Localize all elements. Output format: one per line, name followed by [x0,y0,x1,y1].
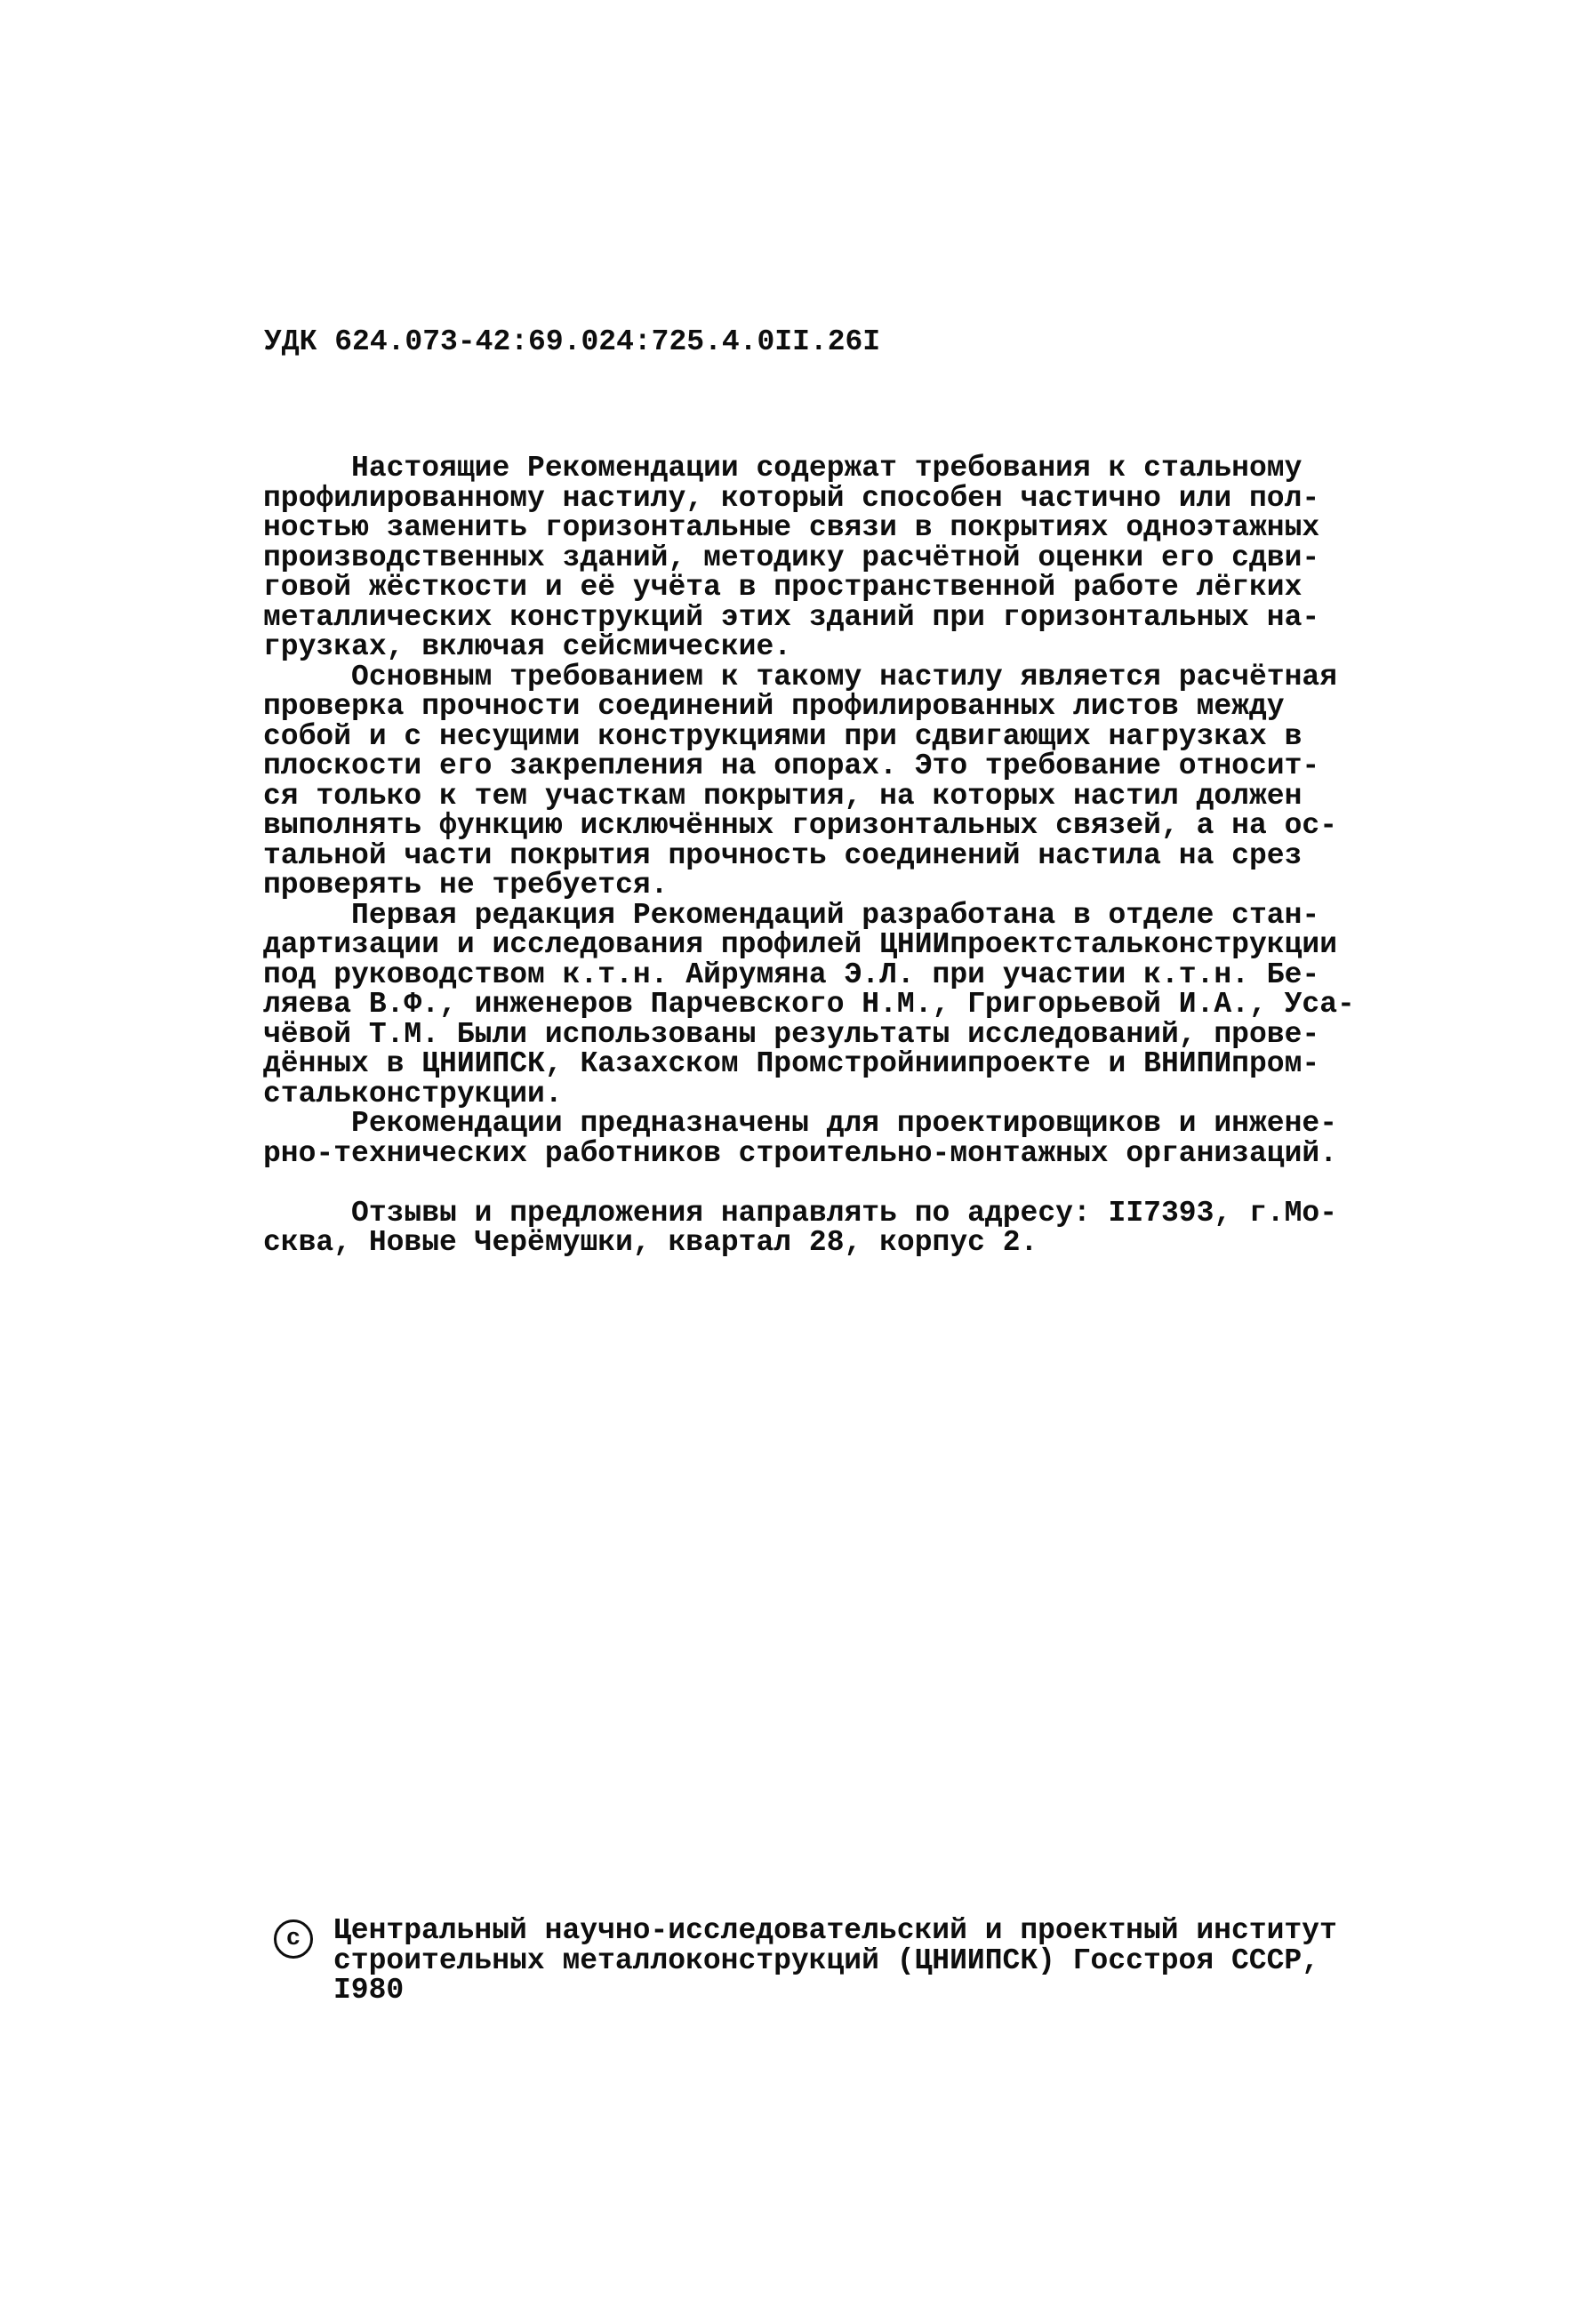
document-page: УДК 624.073-42:69.024:725.4.0II.26I Наст… [0,0,1571,2324]
body-text-block: Настоящие Рекомендации содержат требован… [263,453,1355,1258]
text-line: Первая редакция Рекомендаций разработана… [263,901,1355,931]
text-line: проверка прочности соединений профилиров… [263,692,1355,722]
text-line: собой и с несущими конструкциями при сдв… [263,722,1355,752]
text-line: стальконструкции. [263,1079,1355,1110]
text-line: производственных зданий, методику расчёт… [263,543,1355,573]
text-line: Отзывы и предложения направлять по адрес… [263,1198,1355,1229]
text-line: говой жёсткости и её учёта в пространств… [263,573,1355,603]
text-line: ляева В.Ф., инженеров Парчевского Н.М., … [263,990,1355,1020]
copyright-line: строительных металлоконструкций (ЦНИИПСК… [333,1946,1337,1976]
text-line: Рекомендации предназначены для проектиро… [263,1109,1355,1139]
text-line: дённых в ЦНИИПСК, Казахском Промстройнии… [263,1049,1355,1079]
text-line: ся только к тем участкам покрытия, на ко… [263,781,1355,812]
text-line: Настоящие Рекомендации содержат требован… [263,453,1355,484]
text-line: проверять не требуется. [263,870,1355,901]
text-line: плоскости его закрепления на опорах. Это… [263,751,1355,781]
text-line: сква, Новые Черёмушки, квартал 28, корпу… [263,1228,1355,1258]
text-line: выполнять функцию исключённых горизонтал… [263,811,1355,841]
text-line: дартизации и исследования профилей ЦНИИп… [263,930,1355,960]
text-line: Основным требованием к такому настилу яв… [263,662,1355,693]
text-line: ностью заменить горизонтальные связи в п… [263,513,1355,543]
copyright-symbol-letter: с [286,1927,301,1951]
copyright-block: с Центральный научно-исследовательский и… [274,1916,1337,2006]
copyright-icon: с [274,1919,313,1959]
text-line: металлических конструкций этих зданий пр… [263,603,1355,633]
text-line: тальной части покрытия прочность соедине… [263,841,1355,871]
text-line: грузках, включая сейсмические. [263,632,1355,662]
copyright-line: Центральный научно-исследовательский и п… [333,1916,1337,1946]
text-line: профилированному настилу, который способ… [263,484,1355,514]
copyright-text: Центральный научно-исследовательский и п… [333,1916,1337,2006]
udk-classification-line: УДК 624.073-42:69.024:725.4.0II.26I [264,327,880,357]
copyright-line: I980 [333,1975,1337,2006]
text-line: рно-технических работников строительно-м… [263,1139,1355,1169]
text-line [263,1168,1355,1198]
text-line: под руководством к.т.н. Айрумяна Э.Л. пр… [263,960,1355,990]
text-line: чёвой Т.М. Были использованы результаты … [263,1020,1355,1050]
